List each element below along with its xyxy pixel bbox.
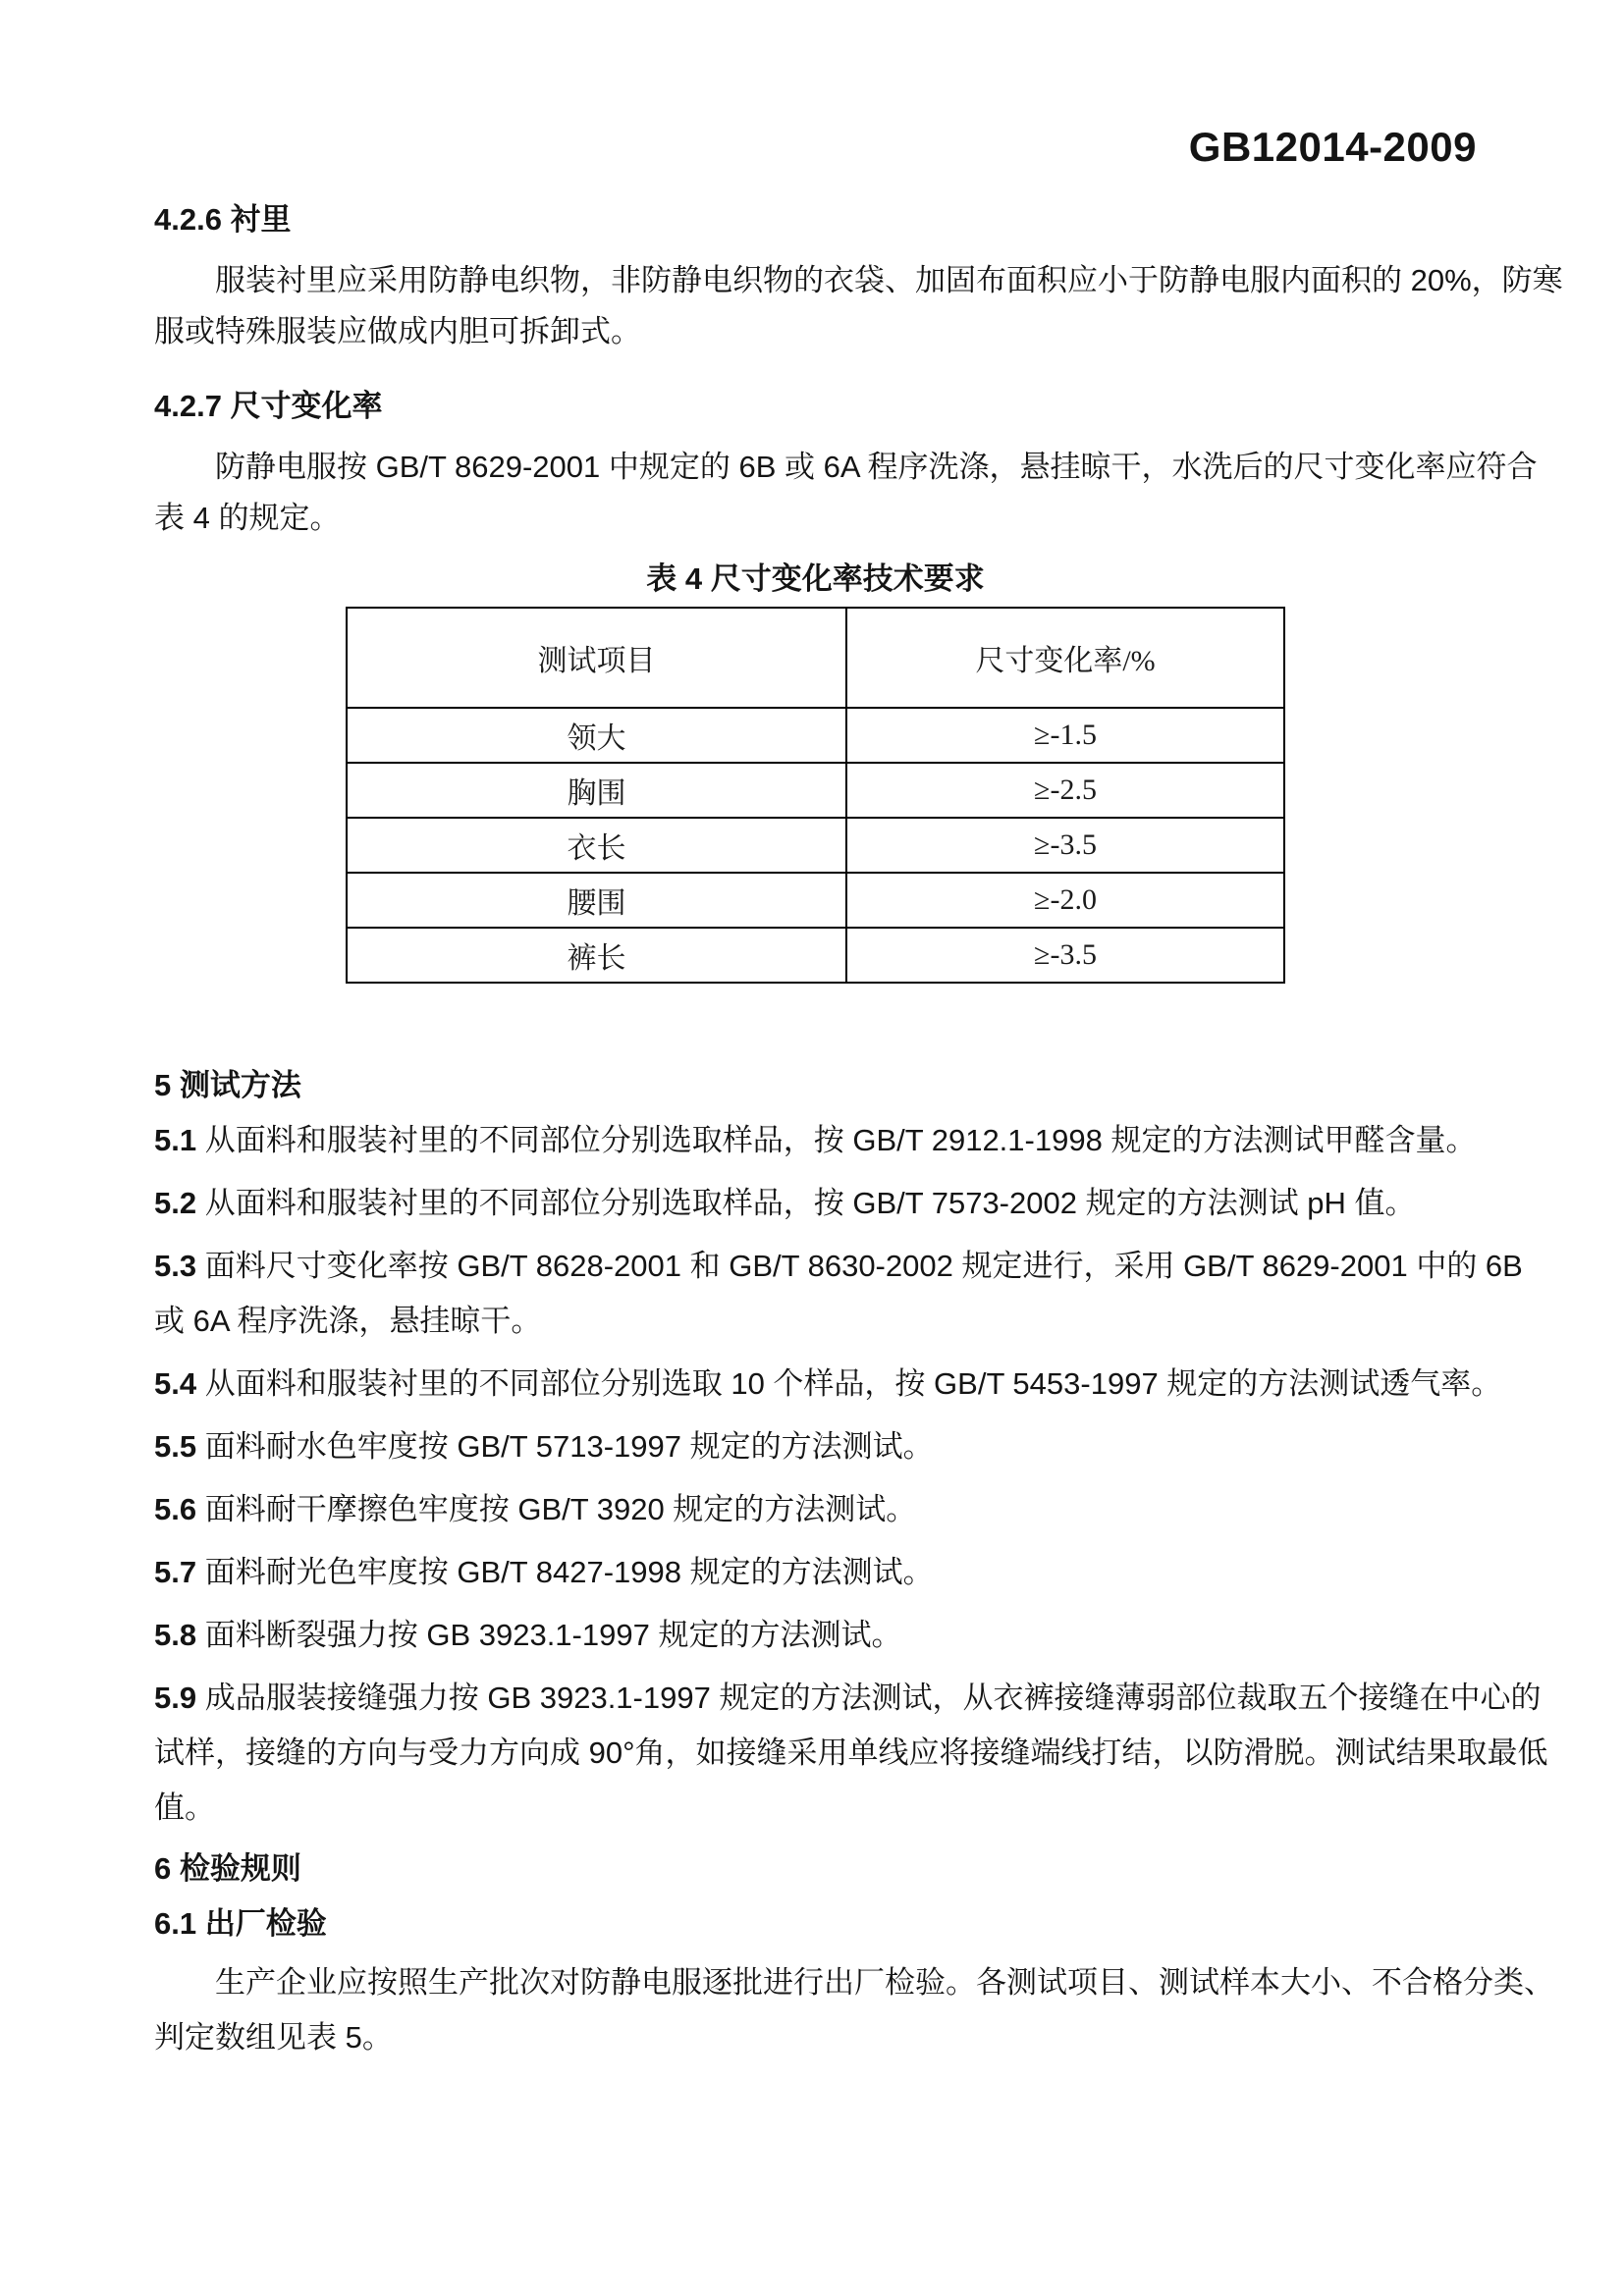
heading-5-test-methods: 5 测试方法 (154, 1066, 1477, 1105)
text-line: 5.3 面料尺寸变化率按 GB/T 8628-2001 和 GB/T 8630-… (154, 1239, 1477, 1294)
table4-cell: ≥-2.0 (846, 873, 1284, 928)
item-number: 5.4 (154, 1366, 196, 1401)
text-line: 5.4 从面料和服装衬里的不同部位分别选取 10 个样品，按 GB/T 5453… (154, 1357, 1477, 1412)
text-line: 生产企业应按照生产批次对防静电服逐批进行出厂检验。各测试项目、测试样本大小、不合… (154, 1955, 1477, 2010)
item-number: 5.7 (154, 1555, 196, 1589)
text-line: 表 4 的规定。 (154, 493, 1477, 544)
heading-4-2-7: 4.2.7 尺寸变化率 (154, 387, 1477, 426)
text-line: 试样，接缝的方向与受力方向成 90°角，如接缝采用单线应将接缝端线打结，以防滑脱… (154, 1726, 1477, 1781)
item-5-6: 5.6 面料耐干摩擦色牢度按 GB/T 3920 规定的方法测试。 (154, 1482, 1477, 1537)
table4-row: 领大≥-1.5 (347, 708, 1284, 763)
item-5-5: 5.5 面料耐水色牢度按 GB/T 5713-1997 规定的方法测试。 (154, 1419, 1477, 1474)
text-line: 5.6 面料耐干摩擦色牢度按 GB/T 3920 规定的方法测试。 (154, 1482, 1477, 1537)
item-5-1: 5.1 从面料和服装衬里的不同部位分别选取样品，按 GB/T 2912.1-19… (154, 1113, 1477, 1168)
text-line: 5.2 从面料和服装衬里的不同部位分别选取样品，按 GB/T 7573-2002… (154, 1176, 1477, 1231)
table4-title: 表 4 尺寸变化率技术要求 (154, 558, 1477, 601)
table4-cell: 裤长 (347, 928, 846, 983)
item-5-7: 5.7 面料耐光色牢度按 GB/T 8427-1998 规定的方法测试。 (154, 1545, 1477, 1600)
text-line: 5.5 面料耐水色牢度按 GB/T 5713-1997 规定的方法测试。 (154, 1419, 1477, 1474)
text-line: 5.8 面料断裂强力按 GB 3923.1-1997 规定的方法测试。 (154, 1608, 1477, 1663)
text-line: 值。 (154, 1781, 1477, 1836)
table4-cell: ≥-3.5 (846, 928, 1284, 983)
heading-6-inspection-rules: 6 检验规则 (154, 1849, 1477, 1889)
text-line: 判定数组见表 5。 (154, 2010, 1477, 2065)
section-5-items: 5.1 从面料和服装衬里的不同部位分别选取样品，按 GB/T 2912.1-19… (154, 1113, 1477, 1836)
table4-cell: 衣长 (347, 818, 846, 873)
document-content: GB12014-2009 4.2.6 衬里 服装衬里应采用防静电织物，非防静电织… (0, 0, 1624, 2065)
table4-header-row: 测试项目尺寸变化率/% (347, 608, 1284, 708)
text-line: 5.9 成品服装接缝强力按 GB 3923.1-1997 规定的方法测试，从衣裤… (154, 1671, 1477, 1726)
table4-row: 裤长≥-3.5 (347, 928, 1284, 983)
item-5-3: 5.3 面料尺寸变化率按 GB/T 8628-2001 和 GB/T 8630-… (154, 1239, 1477, 1349)
table4-header-cell: 测试项目 (347, 608, 846, 708)
text-line: 防静电服按 GB/T 8629-2001 中规定的 6B 或 6A 程序洗涤，悬… (154, 442, 1477, 493)
item-5-9: 5.9 成品服装接缝强力按 GB 3923.1-1997 规定的方法测试，从衣裤… (154, 1671, 1477, 1836)
table4-row: 衣长≥-3.5 (347, 818, 1284, 873)
table4-cell: ≥-1.5 (846, 708, 1284, 763)
table4-cell: 领大 (347, 708, 846, 763)
item-5-2: 5.2 从面料和服装衬里的不同部位分别选取样品，按 GB/T 7573-2002… (154, 1176, 1477, 1231)
item-number: 5.8 (154, 1618, 196, 1652)
item-number: 5.2 (154, 1186, 196, 1220)
text-line: 5.1 从面料和服装衬里的不同部位分别选取样品，按 GB/T 2912.1-19… (154, 1113, 1477, 1168)
document-page: GB12014-2009 4.2.6 衬里 服装衬里应采用防静电织物，非防静电织… (0, 0, 1624, 2296)
paragraph-dimension-change: 防静电服按 GB/T 8629-2001 中规定的 6B 或 6A 程序洗涤，悬… (154, 442, 1477, 544)
item-number: 5.1 (154, 1123, 196, 1157)
table4-row: 腰围≥-2.0 (347, 873, 1284, 928)
item-number: 5.5 (154, 1429, 196, 1464)
text-line: 服装衬里应采用防静电织物，非防静电织物的衣袋、加固布面积应小于防静电服内面积的 … (154, 255, 1477, 306)
standard-code: GB12014-2009 (154, 0, 1477, 171)
table4-cell: ≥-3.5 (846, 818, 1284, 873)
table4-cell: ≥-2.5 (846, 763, 1284, 818)
item-number: 5.6 (154, 1492, 196, 1526)
table4-header-cell: 尺寸变化率/% (846, 608, 1284, 708)
item-number: 5.3 (154, 1249, 196, 1283)
heading-6-1-factory-inspection: 6.1 出厂检验 (154, 1904, 1477, 1944)
table4-row: 胸围≥-2.5 (347, 763, 1284, 818)
heading-4-2-6: 4.2.6 衬里 (154, 200, 1477, 240)
table4-cell: 胸围 (347, 763, 846, 818)
paragraph-lining: 服装衬里应采用防静电织物，非防静电织物的衣袋、加固布面积应小于防静电服内面积的 … (154, 255, 1477, 357)
item-5-8: 5.8 面料断裂强力按 GB 3923.1-1997 规定的方法测试。 (154, 1608, 1477, 1663)
item-5-4: 5.4 从面料和服装衬里的不同部位分别选取 10 个样品，按 GB/T 5453… (154, 1357, 1477, 1412)
table4: 测试项目尺寸变化率/% 领大≥-1.5胸围≥-2.5衣长≥-3.5腰围≥-2.0… (346, 607, 1285, 984)
item-number: 5.9 (154, 1681, 196, 1715)
text-line: 5.7 面料耐光色牢度按 GB/T 8427-1998 规定的方法测试。 (154, 1545, 1477, 1600)
table4-cell: 腰围 (347, 873, 846, 928)
paragraph-factory-inspection: 生产企业应按照生产批次对防静电服逐批进行出厂检验。各测试项目、测试样本大小、不合… (154, 1955, 1477, 2065)
text-line: 服或特殊服装应做成内胆可拆卸式。 (154, 306, 1477, 357)
text-line: 或 6A 程序洗涤，悬挂晾干。 (154, 1294, 1477, 1349)
